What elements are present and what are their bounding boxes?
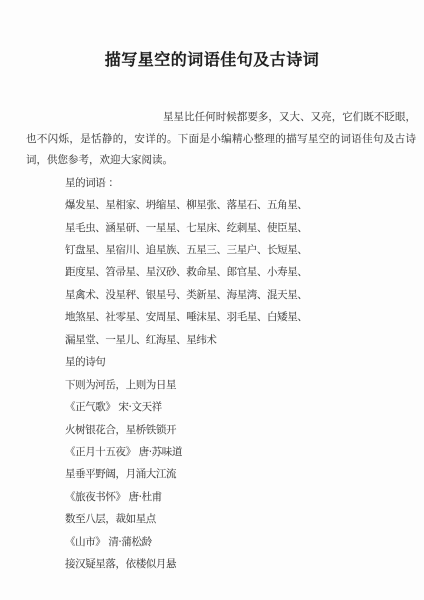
page-title: 描写星空的词语佳句及古诗词 [0, 47, 424, 70]
poem-source: 《旅夜书怀》 唐·杜甫 [65, 485, 405, 507]
poem-verse: 星垂平野阔，月涌大江流 [65, 463, 405, 485]
poems-heading: 星的诗句 [65, 351, 405, 373]
poem-verse: 数至八层，裁如星点 [65, 508, 405, 530]
words-heading: 星的词语 ： [65, 171, 405, 193]
poem-source: 《正月十五夜》 唐·苏味道 [65, 440, 405, 462]
word-line: 爆发星、星相家、坍缩星、柳星张、落星石、五角星、 [65, 193, 405, 215]
poem-source: 《山市》 清·蒲松龄 [65, 530, 405, 552]
poem-source: 《正气歌》 宋·文天祥 [65, 395, 405, 417]
word-line: 钉盘星、星宿川、追星族、五星三、三星户、长短星、 [65, 238, 405, 260]
poem-verse: 下则为河岳，上则为日星 [65, 373, 405, 395]
poem-verse: 火树银花合，星桥铁锁开 [65, 418, 405, 440]
word-line: 星毛虫、涵星研、一星星、七星床、纥刺星、使臣星、 [65, 216, 405, 238]
content-body: 星的词语 ： 爆发星、星相家、坍缩星、柳星张、落星石、五角星、 星毛虫、涵星研、… [65, 171, 405, 575]
word-line: 漏星堂、一星儿、红海星、星纬术 [65, 328, 405, 350]
word-line: 距度星、笤帚星、星汉砂、救命星、郎官星、小寿星、 [65, 261, 405, 283]
poem-verse: 接汉疑星落，依楼似月悬 [65, 552, 405, 574]
word-line: 星禽术、没星秤、银星号、类新星、海星湾、混天星、 [65, 283, 405, 305]
intro-paragraph: 星星比任何时候都要多，又大、又亮，它们既不眨眼，也不闪烁，是恬静的，安详的。下面… [26, 107, 416, 172]
document-page: 描写星空的词语佳句及古诗词 星星比任何时候都要多，又大、又亮，它们既不眨眼，也不… [0, 0, 424, 600]
word-line: 地煞星、社零星、安周星、唾沫星、羽毛星、白矮星、 [65, 306, 405, 328]
